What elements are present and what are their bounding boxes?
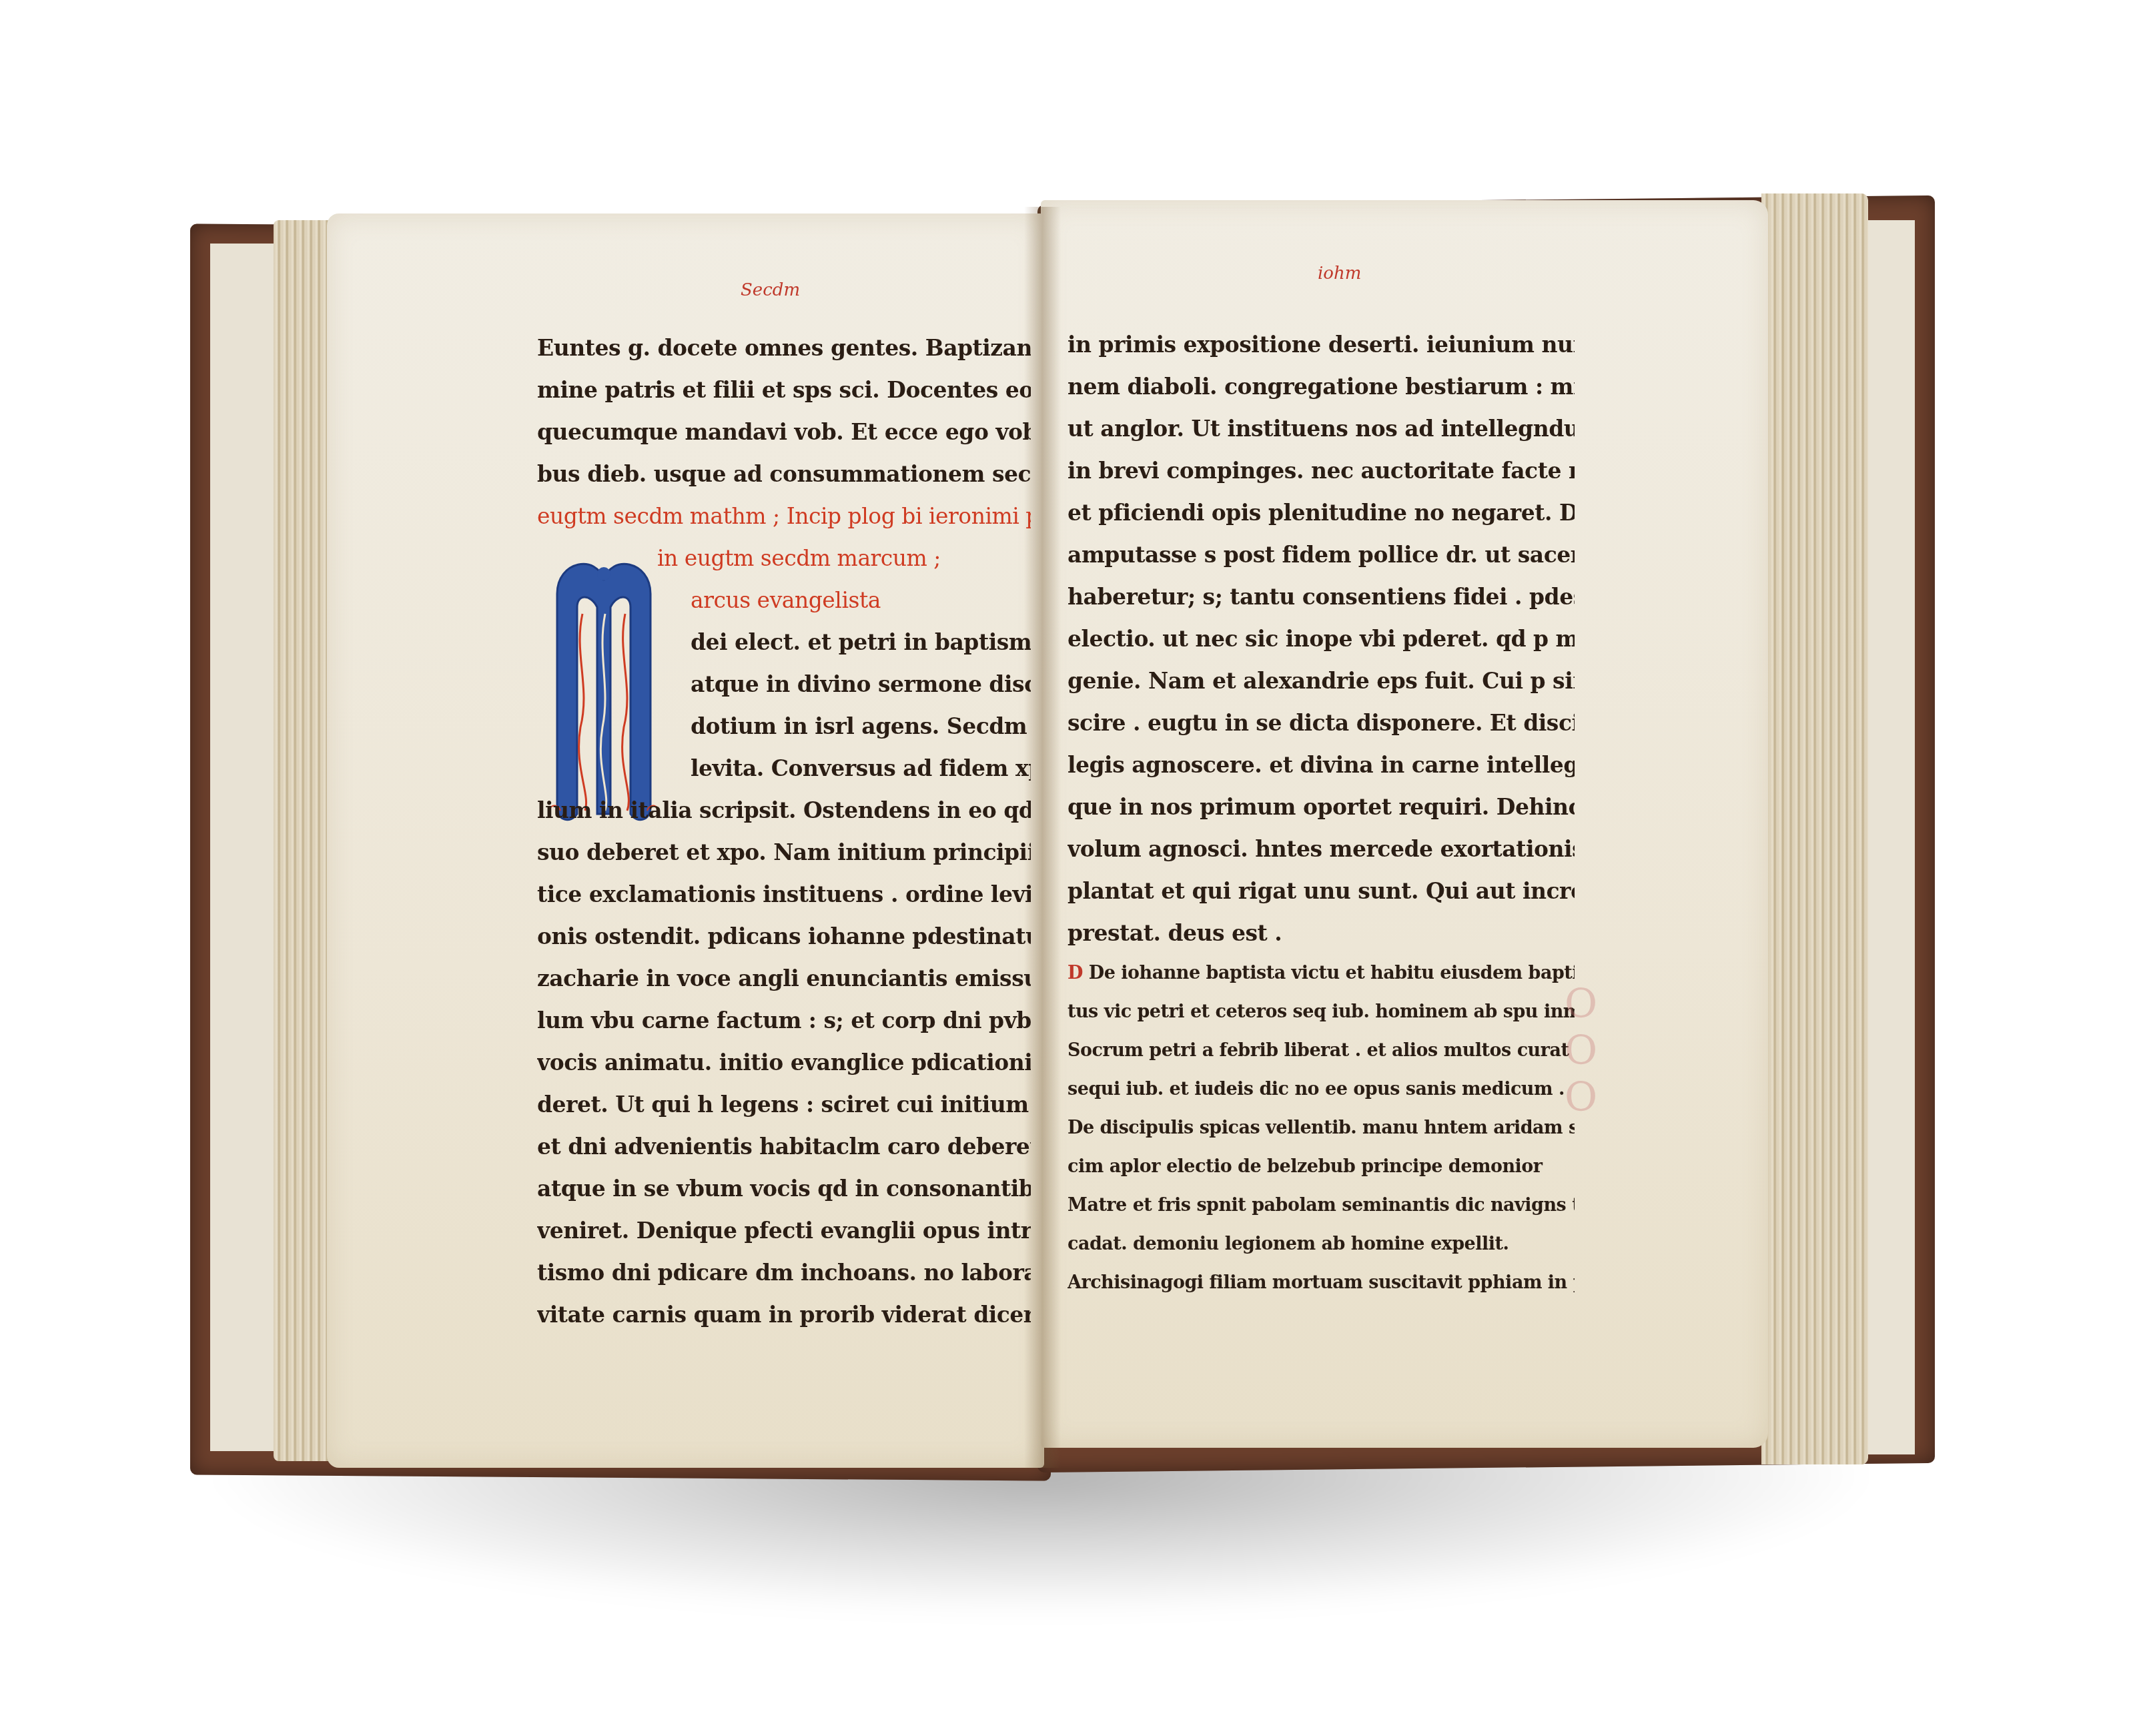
text-line: ut anglor. Ut instituens nos ad intelleg… <box>1067 408 1575 450</box>
text-line: lium in italia scripsit. Ostendens in eo… <box>537 789 1031 831</box>
text-line: mine patris et filii et sps sci. Docente… <box>537 369 1031 411</box>
capitula-line: cim aplor electio de belzebub principe d… <box>1067 1148 1575 1186</box>
capitula-line: tus vic petri et ceteros seq iub. homine… <box>1067 993 1575 1031</box>
show-through-marks: OOO <box>1565 981 1597 1121</box>
left-page-text: Euntes g. docete omnes gentes. Baptizant… <box>537 327 1031 1336</box>
text-line: que in nos primum oportet requiri. Dehin… <box>1067 786 1575 828</box>
text-line: tismo dni pdicare dm inchoans. no labora… <box>537 1252 1031 1294</box>
text-line: electio. ut nec sic inope vbi pderet. qd… <box>1067 618 1575 660</box>
text-line: amputasse s post fidem pollice dr. ut sa… <box>1067 534 1575 576</box>
text-line: zacharie in voce angli enunciantis emiss… <box>537 957 1031 999</box>
text-line: in primis expositione deserti. ieiunium … <box>1067 324 1575 366</box>
text-line: genie. Nam et alexandrie eps fuit. Cui p… <box>1067 660 1575 702</box>
text-line: suo deberet et xpo. Nam initium principi… <box>537 831 1031 873</box>
text-line: dei elect. et petri in baptismate filius… <box>537 621 1031 663</box>
text-line: bus dieb. usque ad consummationem seculi… <box>537 453 1031 495</box>
text-line: lum vbu carne factum : s; et corp dni pv… <box>537 999 1031 1041</box>
capitula-line: cadat. demoniu legionem ab homine expell… <box>1067 1225 1575 1264</box>
red-initial: D <box>1067 963 1083 983</box>
capitula-line: Socrum petri a febrib liberat . et alios… <box>1067 1031 1575 1070</box>
text-line: veniret. Denique pfecti evanglii opus in… <box>537 1210 1031 1252</box>
text-line: haberetur; s; tantu consentiens fidei . … <box>1067 576 1575 618</box>
text-line: atque in se vbum vocis qd in consonantib… <box>537 1168 1031 1210</box>
text-line: deret. Ut qui h legens : sciret cui init… <box>537 1083 1031 1126</box>
text-line: vocis animatu. initio evanglice pdicatio… <box>537 1041 1031 1083</box>
left-pastedown <box>210 244 284 1451</box>
right-page-text: in primis expositione deserti. ieiunium … <box>1067 324 1575 1302</box>
text-line: levita. Conversus ad fidem xpi : evange <box>537 747 1031 789</box>
text-line: volum agnosci. hntes mercede exortationi… <box>1067 828 1575 870</box>
text-line: et pficiendi opis plenitudine no negaret… <box>1067 492 1575 534</box>
text-line: dotium in isrl agens. Secdm carnem <box>537 705 1031 747</box>
capitula-line: sequi iub. et iudeis dic no ee opus sani… <box>1067 1070 1575 1109</box>
rubric-line: in eugtm secdm marcum ; <box>537 537 1031 579</box>
left-page-stack <box>274 220 334 1461</box>
right-running-head: iohm <box>1318 264 1361 284</box>
text-line: onis ostendit. pdicans iohanne pdestinat… <box>537 915 1031 957</box>
text-line: nem diaboli. congregatione bestiarum : m… <box>1067 366 1575 408</box>
capitula-line: D De iohanne baptista victu et habitu ei… <box>1067 954 1575 993</box>
text-line: scire . eugtu in se dicta disponere. Et … <box>1067 702 1575 744</box>
text-line: et dni advenientis habitaclm caro debere… <box>537 1126 1031 1168</box>
text-line: atque in divino sermone discipls. sacer <box>537 663 1031 705</box>
capitula-line: Archisinagogi filiam mortuam suscitavit … <box>1067 1264 1575 1302</box>
text-line: plantat et qui rigat unu sunt. Qui aut i… <box>1067 870 1575 912</box>
text-line: Euntes g. docete omnes gentes. Baptizant… <box>537 327 1031 369</box>
rubric-line: arcus evangelista <box>537 579 1031 621</box>
text-line: tice exclamationis instituens . ordine l… <box>537 873 1031 915</box>
text-line: in brevi compinges. nec auctoritate fact… <box>1067 450 1575 492</box>
text-line: vitate carnis quam in prorib viderat dic… <box>537 1294 1031 1336</box>
text-line: prestat. deus est . <box>1067 912 1575 954</box>
rubric-line: eugtm secdm mathm ; Incip plog bi ieroni… <box>537 495 1031 537</box>
text-line: quecumque mandavi vob. Et ecce ego vob c… <box>537 411 1031 453</box>
capitula-line: De discipulis spicas vellentib. manu hnt… <box>1067 1109 1575 1148</box>
capitula-line: Matre et fris spnit pabolam seminantis d… <box>1067 1186 1575 1225</box>
right-pastedown <box>1865 220 1915 1454</box>
text-line: legis agnoscere. et divina in carne inte… <box>1067 744 1575 786</box>
right-page-stack <box>1761 193 1868 1464</box>
left-running-head: Secdm <box>741 280 800 300</box>
